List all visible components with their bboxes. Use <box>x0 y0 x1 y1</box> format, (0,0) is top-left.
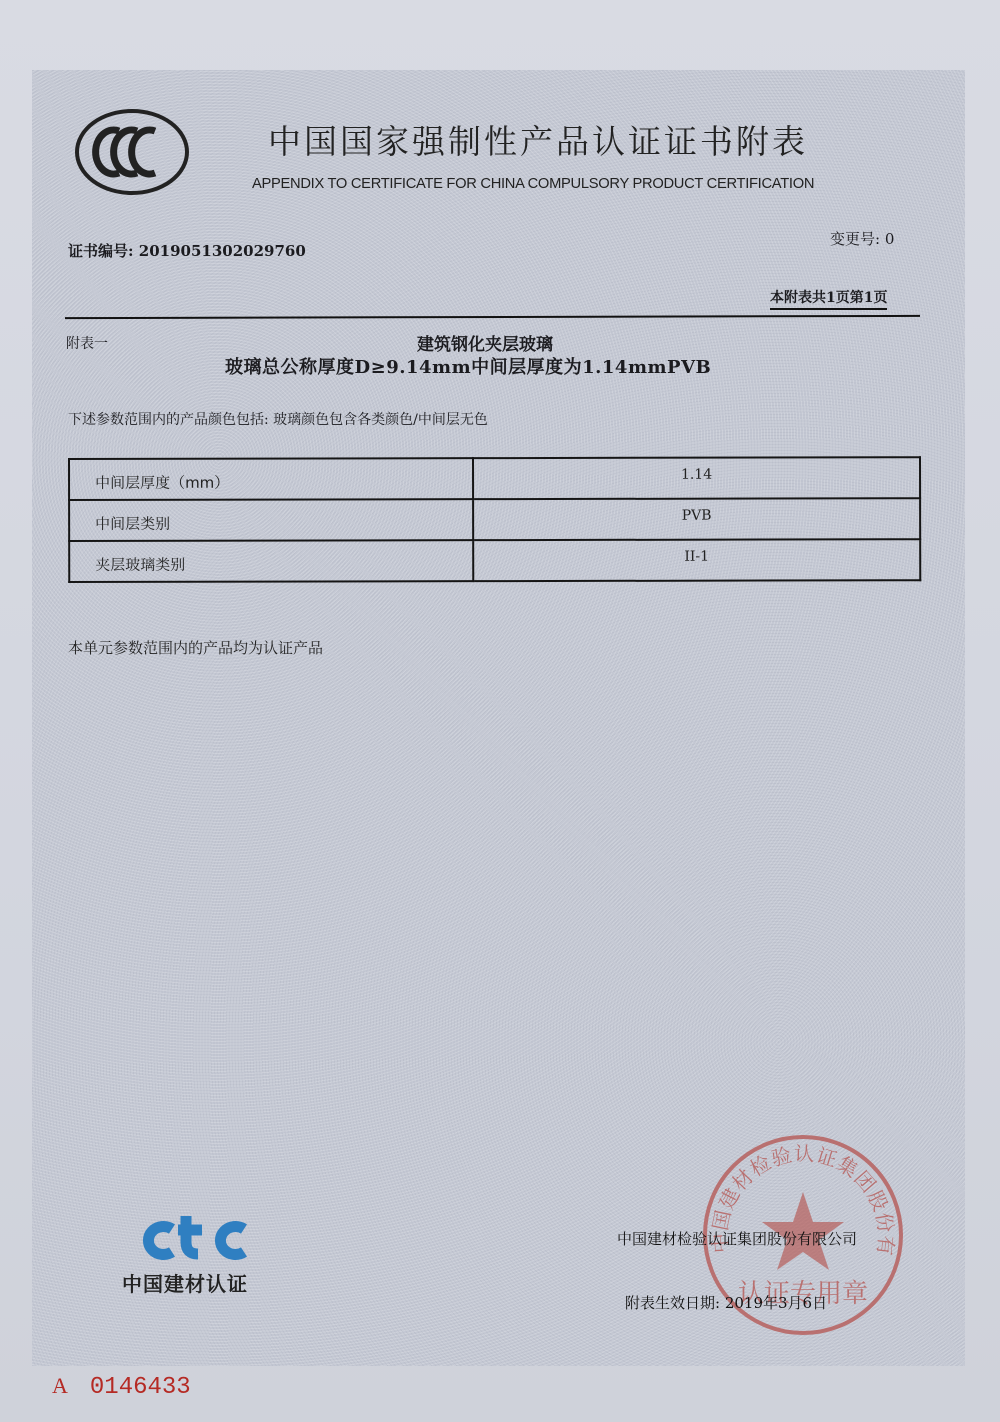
certificate-page: 中国国家强制性产品认证证书附表 APPENDIX TO CERTIFICATE … <box>0 0 1000 1422</box>
certificate-number-label: 证书编号: <box>68 242 139 260</box>
document-title-en: APPENDIX TO CERTIFICATE FOR CHINA COMPUL… <box>252 175 899 192</box>
brand-name: 中国建材认证 <box>122 1268 248 1297</box>
parameter-value: PVB <box>473 498 920 540</box>
serial-number: A0146433 <box>52 1373 191 1401</box>
change-number: 变更号: 0 <box>830 228 894 249</box>
color-note: 下述参数范围内的产品颜色包括: 玻璃颜色包含各类颜色/中间层无色 <box>68 409 488 429</box>
table-row: 中间层厚度（mm） 1.14 <box>69 457 920 500</box>
issuing-organization: 中国建材检验认证集团股份有限公司 <box>617 1228 857 1249</box>
certificate-number: 证书编号: 2019051302029760 <box>68 240 306 261</box>
effective-date: 附表生效日期: 2019年3月6日 <box>625 1292 827 1313</box>
certificate-number-value: 2019051302029760 <box>139 242 306 260</box>
document-title-cn: 中国国家强制性产品认证证书附表 <box>268 116 888 163</box>
parameter-name: 中间层厚度（mm） <box>69 458 473 500</box>
serial-prefix: A <box>52 1373 68 1398</box>
table-row: 夹层玻璃类别 II-1 <box>69 539 920 582</box>
scope-note: 本单元参数范围内的产品均为认证产品 <box>68 637 323 658</box>
product-name: 建筑钢化夹层玻璃 <box>0 330 1000 355</box>
serial-value: 0146433 <box>90 1374 191 1401</box>
product-spec: 玻璃总公称厚度D≥9.14mm中间层厚度为1.14mmPVB <box>225 353 711 379</box>
parameter-value: 1.14 <box>473 457 920 499</box>
parameter-name: 夹层玻璃类别 <box>69 540 473 582</box>
parameter-value: II-1 <box>473 539 920 581</box>
table-row: 中间层类别 PVB <box>69 498 920 541</box>
parameter-table: 中间层厚度（mm） 1.14 中间层类别 PVB 夹层玻璃类别 II-1 <box>68 456 921 583</box>
ctc-logo-icon <box>140 1212 252 1262</box>
page-count: 本附表共1页第1页 <box>770 287 887 310</box>
parameter-name: 中间层类别 <box>69 499 473 541</box>
ccc-logo-icon <box>73 107 191 197</box>
